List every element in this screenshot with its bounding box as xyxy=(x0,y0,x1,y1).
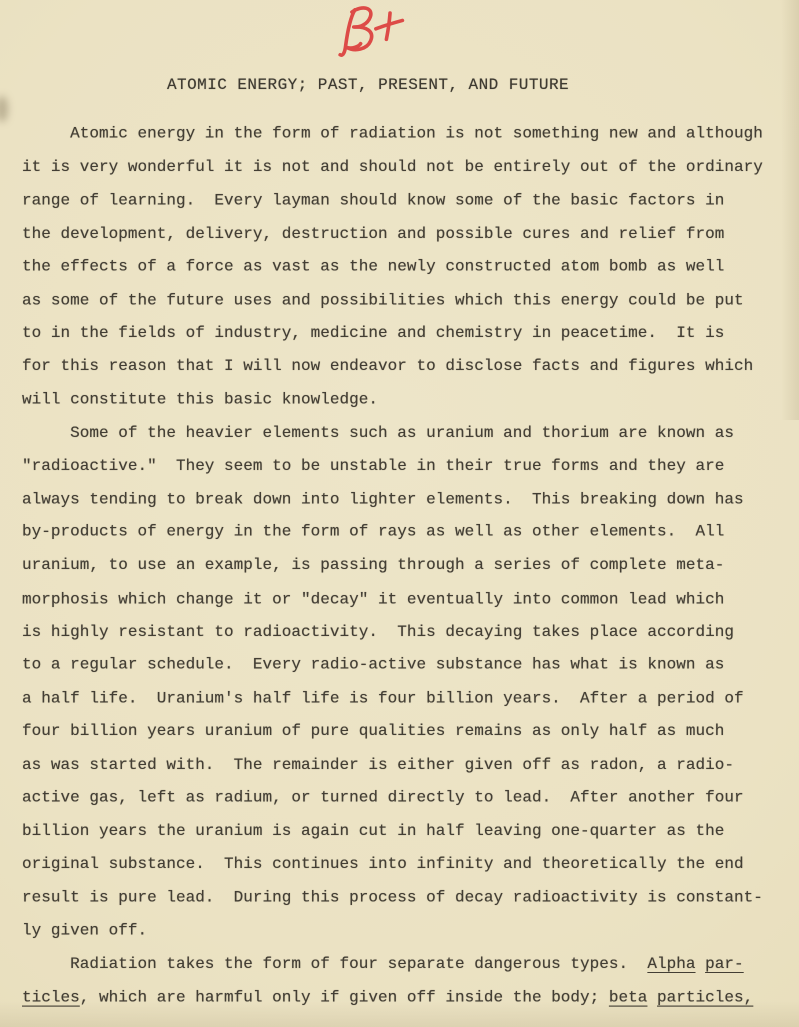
document-line: always tending to break down into lighte… xyxy=(22,484,795,517)
document-line: will constitute this basic knowledge. xyxy=(22,383,795,416)
underlined-text: Alpha xyxy=(647,955,695,973)
document-line: is highly resistant to radioactivity. Th… xyxy=(22,616,795,649)
document-line: by-products of energy in the form of ray… xyxy=(22,516,795,549)
document-line: the effects of a force as vast as the ne… xyxy=(22,250,795,283)
document-line: uranium, to use an example, is passing t… xyxy=(22,549,795,582)
document-line: a half life. Uranium's half life is four… xyxy=(22,683,795,716)
document-line: as some of the future uses and possibili… xyxy=(22,285,795,318)
document-line: "radioactive." They seem to be unstable … xyxy=(22,450,795,483)
document-line: four billion years uranium of pure quali… xyxy=(22,715,795,748)
text-segment xyxy=(696,955,706,973)
document-line: Radiation takes the form of four separat… xyxy=(22,948,795,981)
document-line: original substance. This continues into … xyxy=(22,848,795,881)
document-line: result is pure lead. During this process… xyxy=(22,882,795,915)
document-body: Atomic energy in the form of radiation i… xyxy=(22,118,795,1014)
text-segment: Radiation takes the form of four separat… xyxy=(22,955,647,973)
document-line: morphosis which change it or "decay" it … xyxy=(22,583,795,616)
document-line: for this reason that I will now endeavor… xyxy=(22,350,795,383)
document-line: Some of the heavier elements such as ura… xyxy=(22,417,795,450)
underlined-text: ticles xyxy=(22,988,80,1006)
document-line: as was started with. The remainder is ei… xyxy=(22,749,795,782)
document-line: ticles, which are harmful only if given … xyxy=(22,981,795,1014)
underlined-text: par- xyxy=(705,955,744,973)
text-segment xyxy=(647,988,657,1006)
document-line: ly given off. xyxy=(22,914,795,947)
document-line: active gas, left as radium, or turned di… xyxy=(22,781,795,814)
document-line: the development, delivery, destruction a… xyxy=(22,218,795,251)
handwritten-grade-mark xyxy=(332,0,413,64)
document-line: billion years the uranium is again cut i… xyxy=(22,815,795,848)
text-segment: , which are harmful only if given off in… xyxy=(80,988,609,1006)
underlined-text: beta xyxy=(609,988,648,1006)
document-line: Atomic energy in the form of radiation i… xyxy=(22,118,795,151)
document-line: to in the fields of industry, medicine a… xyxy=(22,317,795,350)
document-line: it is very wonderful it is not and shoul… xyxy=(22,151,795,184)
scanned-document-page: ATOMIC ENERGY; PAST, PRESENT, AND FUTURE… xyxy=(0,0,799,1027)
scan-smudge xyxy=(0,96,8,122)
document-title: ATOMIC ENERGY; PAST, PRESENT, AND FUTURE xyxy=(167,76,569,94)
document-line: to a regular schedule. Every radio-activ… xyxy=(22,649,795,682)
document-line: range of learning. Every layman should k… xyxy=(22,185,795,218)
underlined-text: particles, xyxy=(657,988,753,1006)
